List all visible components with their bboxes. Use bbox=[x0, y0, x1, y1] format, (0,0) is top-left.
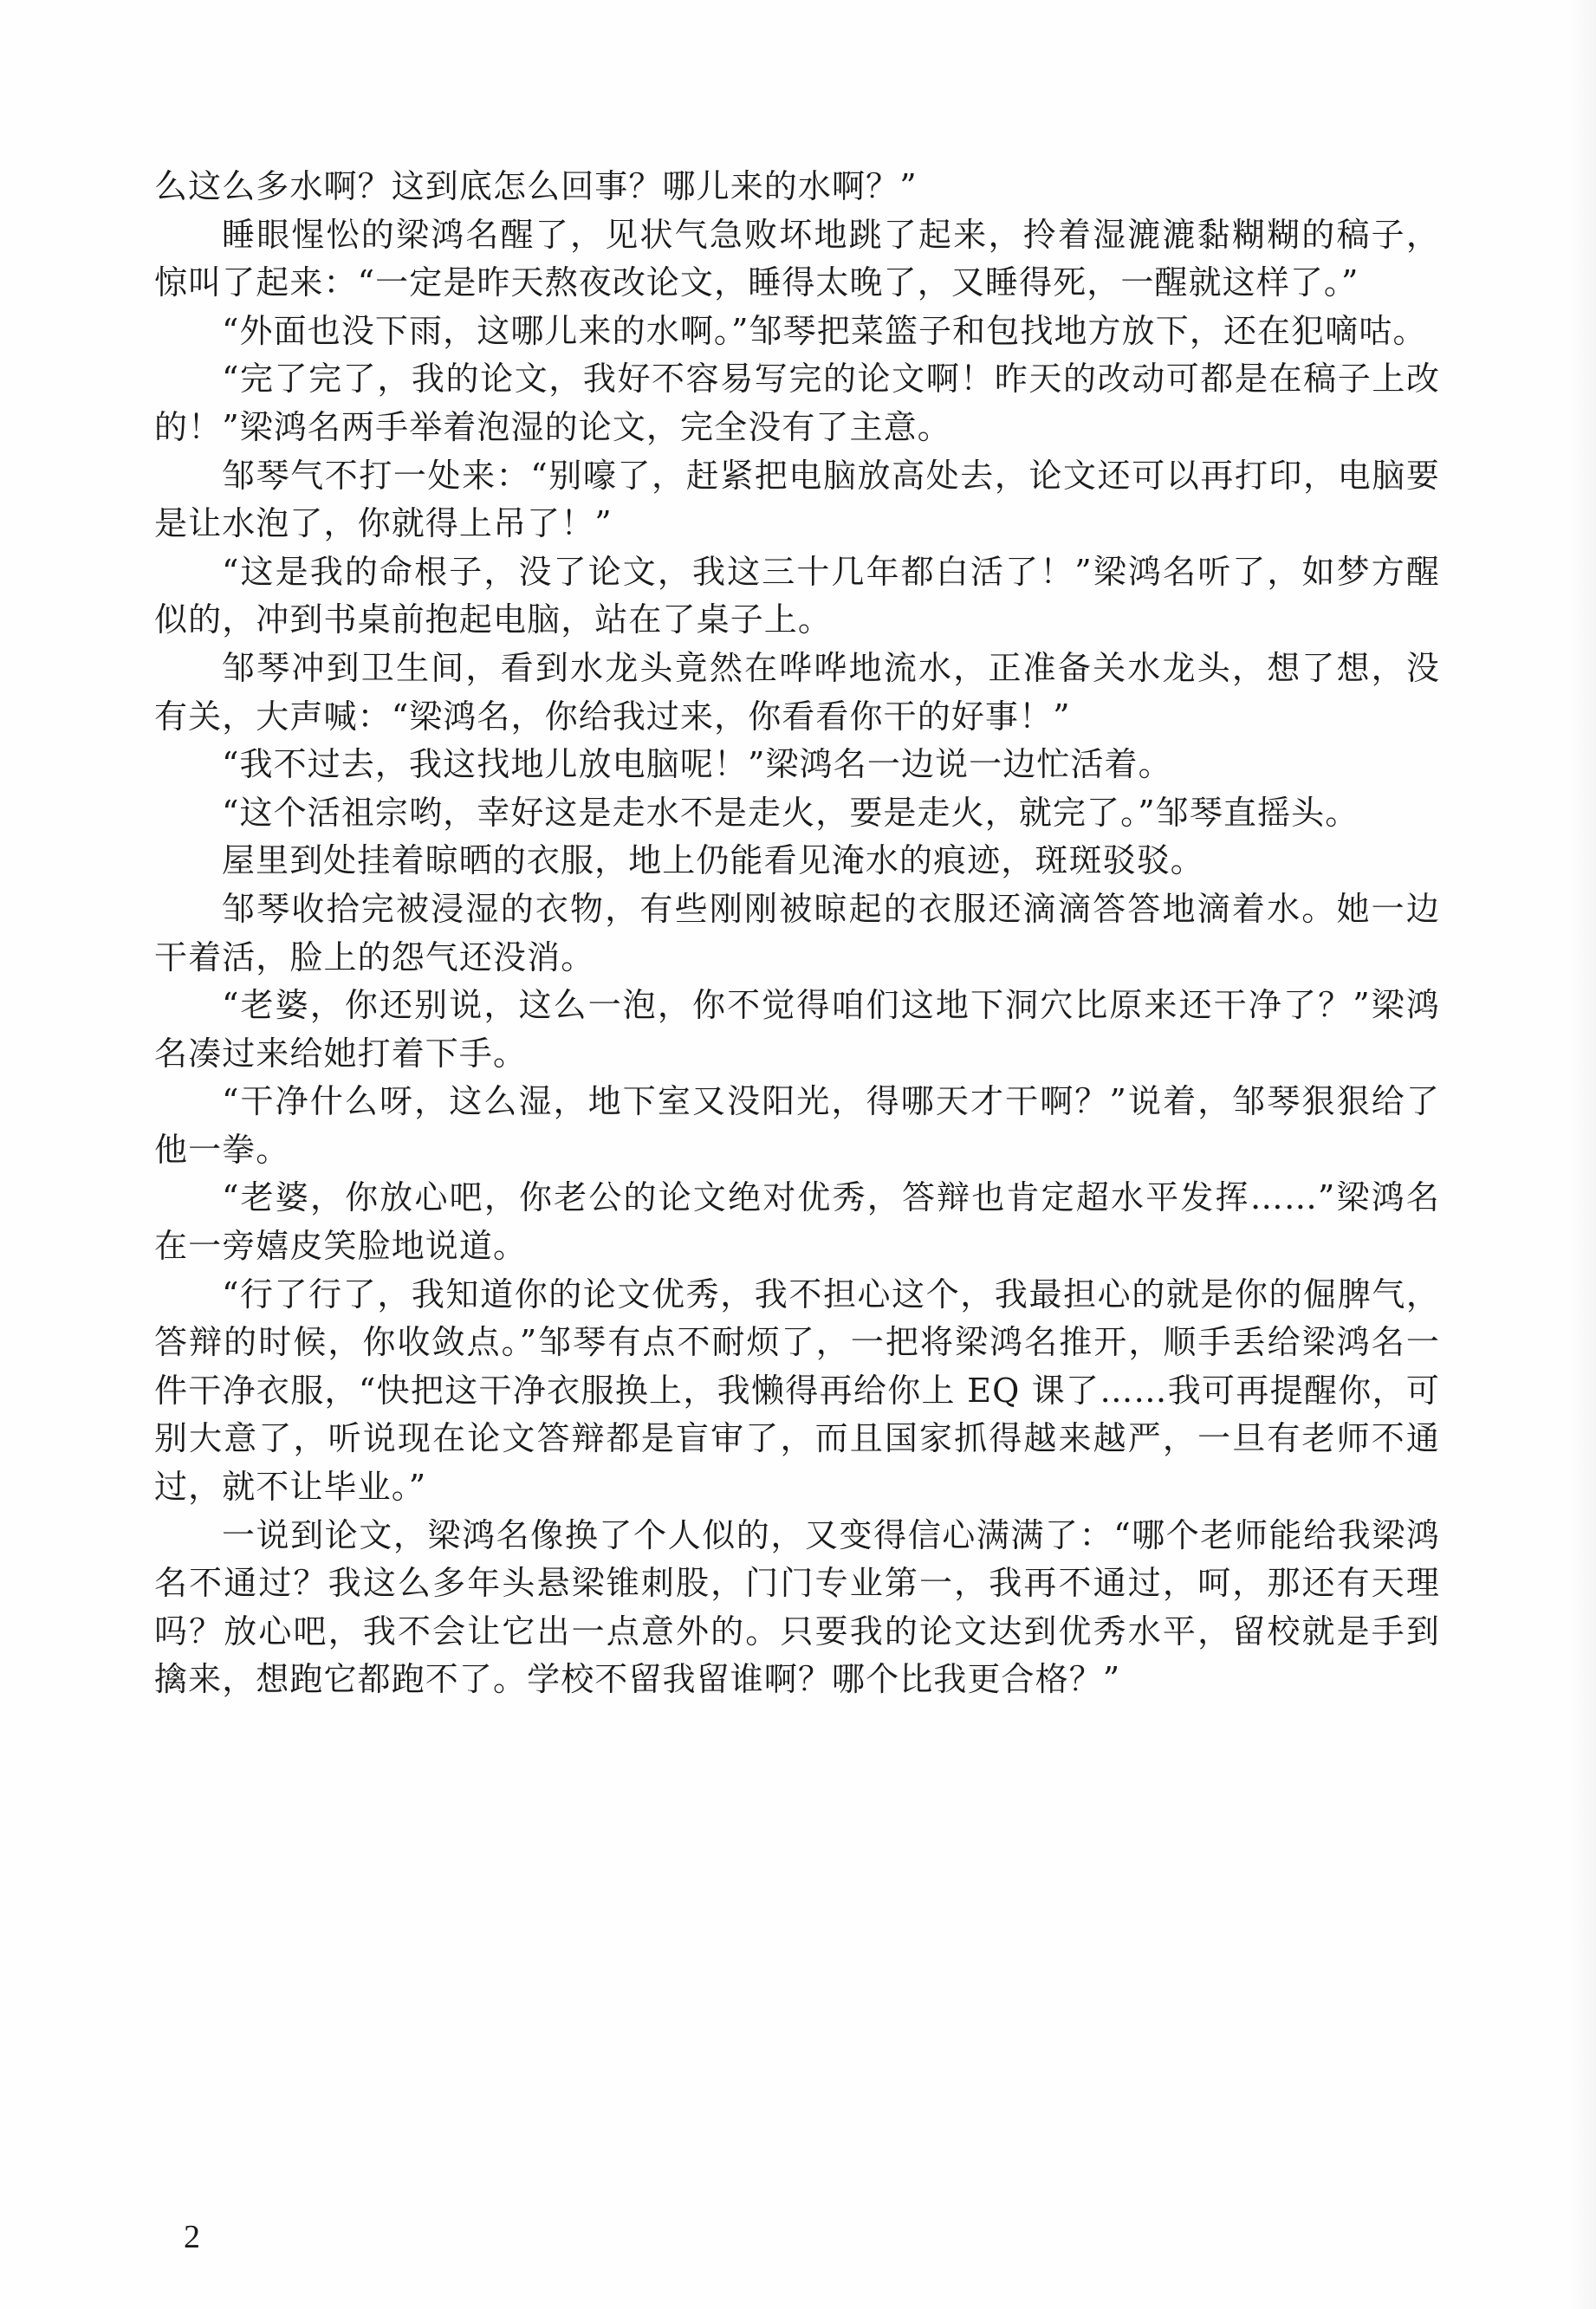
body-text: 么这么多水啊？这到底怎么回事？哪儿来的水啊？” 睡眼惺忪的梁鸿名醒了，见状气急败… bbox=[154, 163, 1440, 1704]
paragraph: “干净什么呀，这么湿，地下室又没阳光，得哪天才干啊？”说着，邹琴狠狠给了他一拳。 bbox=[154, 1078, 1440, 1174]
book-page: 么这么多水啊？这到底怎么回事？哪儿来的水啊？” 睡眼惺忪的梁鸿名醒了，见状气急败… bbox=[0, 0, 1596, 2309]
paragraph: “老婆，你还别说，这么一泡，你不觉得咱们这地下洞穴比原来还干净了？”梁鸿名凑过来… bbox=[154, 982, 1440, 1078]
paragraph: “这是我的命根子，没了论文，我这三十几年都白活了！”梁鸿名听了，如梦方醒似的，冲… bbox=[154, 548, 1440, 645]
paragraph: “行了行了，我知道你的论文优秀，我不担心这个，我最担心的就是你的倔脾气，答辩的时… bbox=[154, 1271, 1440, 1512]
paragraph: 睡眼惺忪的梁鸿名醒了，见状气急败坏地跳了起来，拎着湿漉漉黏糊糊的稿子，惊叫了起来… bbox=[154, 211, 1440, 308]
paragraph: “这个活祖宗哟，幸好这是走水不是走火，要是走火，就完了。”邹琴直摇头。 bbox=[154, 789, 1440, 838]
paragraph: 邹琴气不打一处来：“别嚎了，赶紧把电脑放高处去，论文还可以再打印，电脑要是让水泡… bbox=[154, 452, 1440, 548]
paragraph: 邹琴冲到卫生间，看到水龙头竟然在哗哗地流水，正准备关水龙头，想了想，没有关，大声… bbox=[154, 645, 1440, 741]
paragraph: “完了完了，我的论文，我好不容易写完的论文啊！昨天的改动可都是在稿子上改的！”梁… bbox=[154, 355, 1440, 451]
paragraph: 邹琴收拾完被浸湿的衣物，有些刚刚被晾起的衣服还滴滴答答地滴着水。她一边干着活，脸… bbox=[154, 885, 1440, 982]
paragraph: “我不过去，我这找地儿放电脑呢！”梁鸿名一边说一边忙活着。 bbox=[154, 741, 1440, 789]
scan-edge-shadow bbox=[1570, 0, 1596, 2309]
paragraph: “老婆，你放心吧，你老公的论文绝对优秀，答辩也肯定超水平发挥……”梁鸿名在一旁嬉… bbox=[154, 1174, 1440, 1270]
paragraph: 屋里到处挂着晾晒的衣服，地上仍能看见淹水的痕迹，斑斑驳驳。 bbox=[154, 837, 1440, 885]
paragraph: 一说到论文，梁鸿名像换了个人似的，又变得信心满满了：“哪个老师能给我梁鸿名不通过… bbox=[154, 1512, 1440, 1704]
page-number: 2 bbox=[184, 2218, 200, 2256]
paragraph: 么这么多水啊？这到底怎么回事？哪儿来的水啊？” bbox=[154, 163, 1440, 211]
paragraph: “外面也没下雨，这哪儿来的水啊。”邹琴把菜篮子和包找地方放下，还在犯嘀咕。 bbox=[154, 308, 1440, 356]
